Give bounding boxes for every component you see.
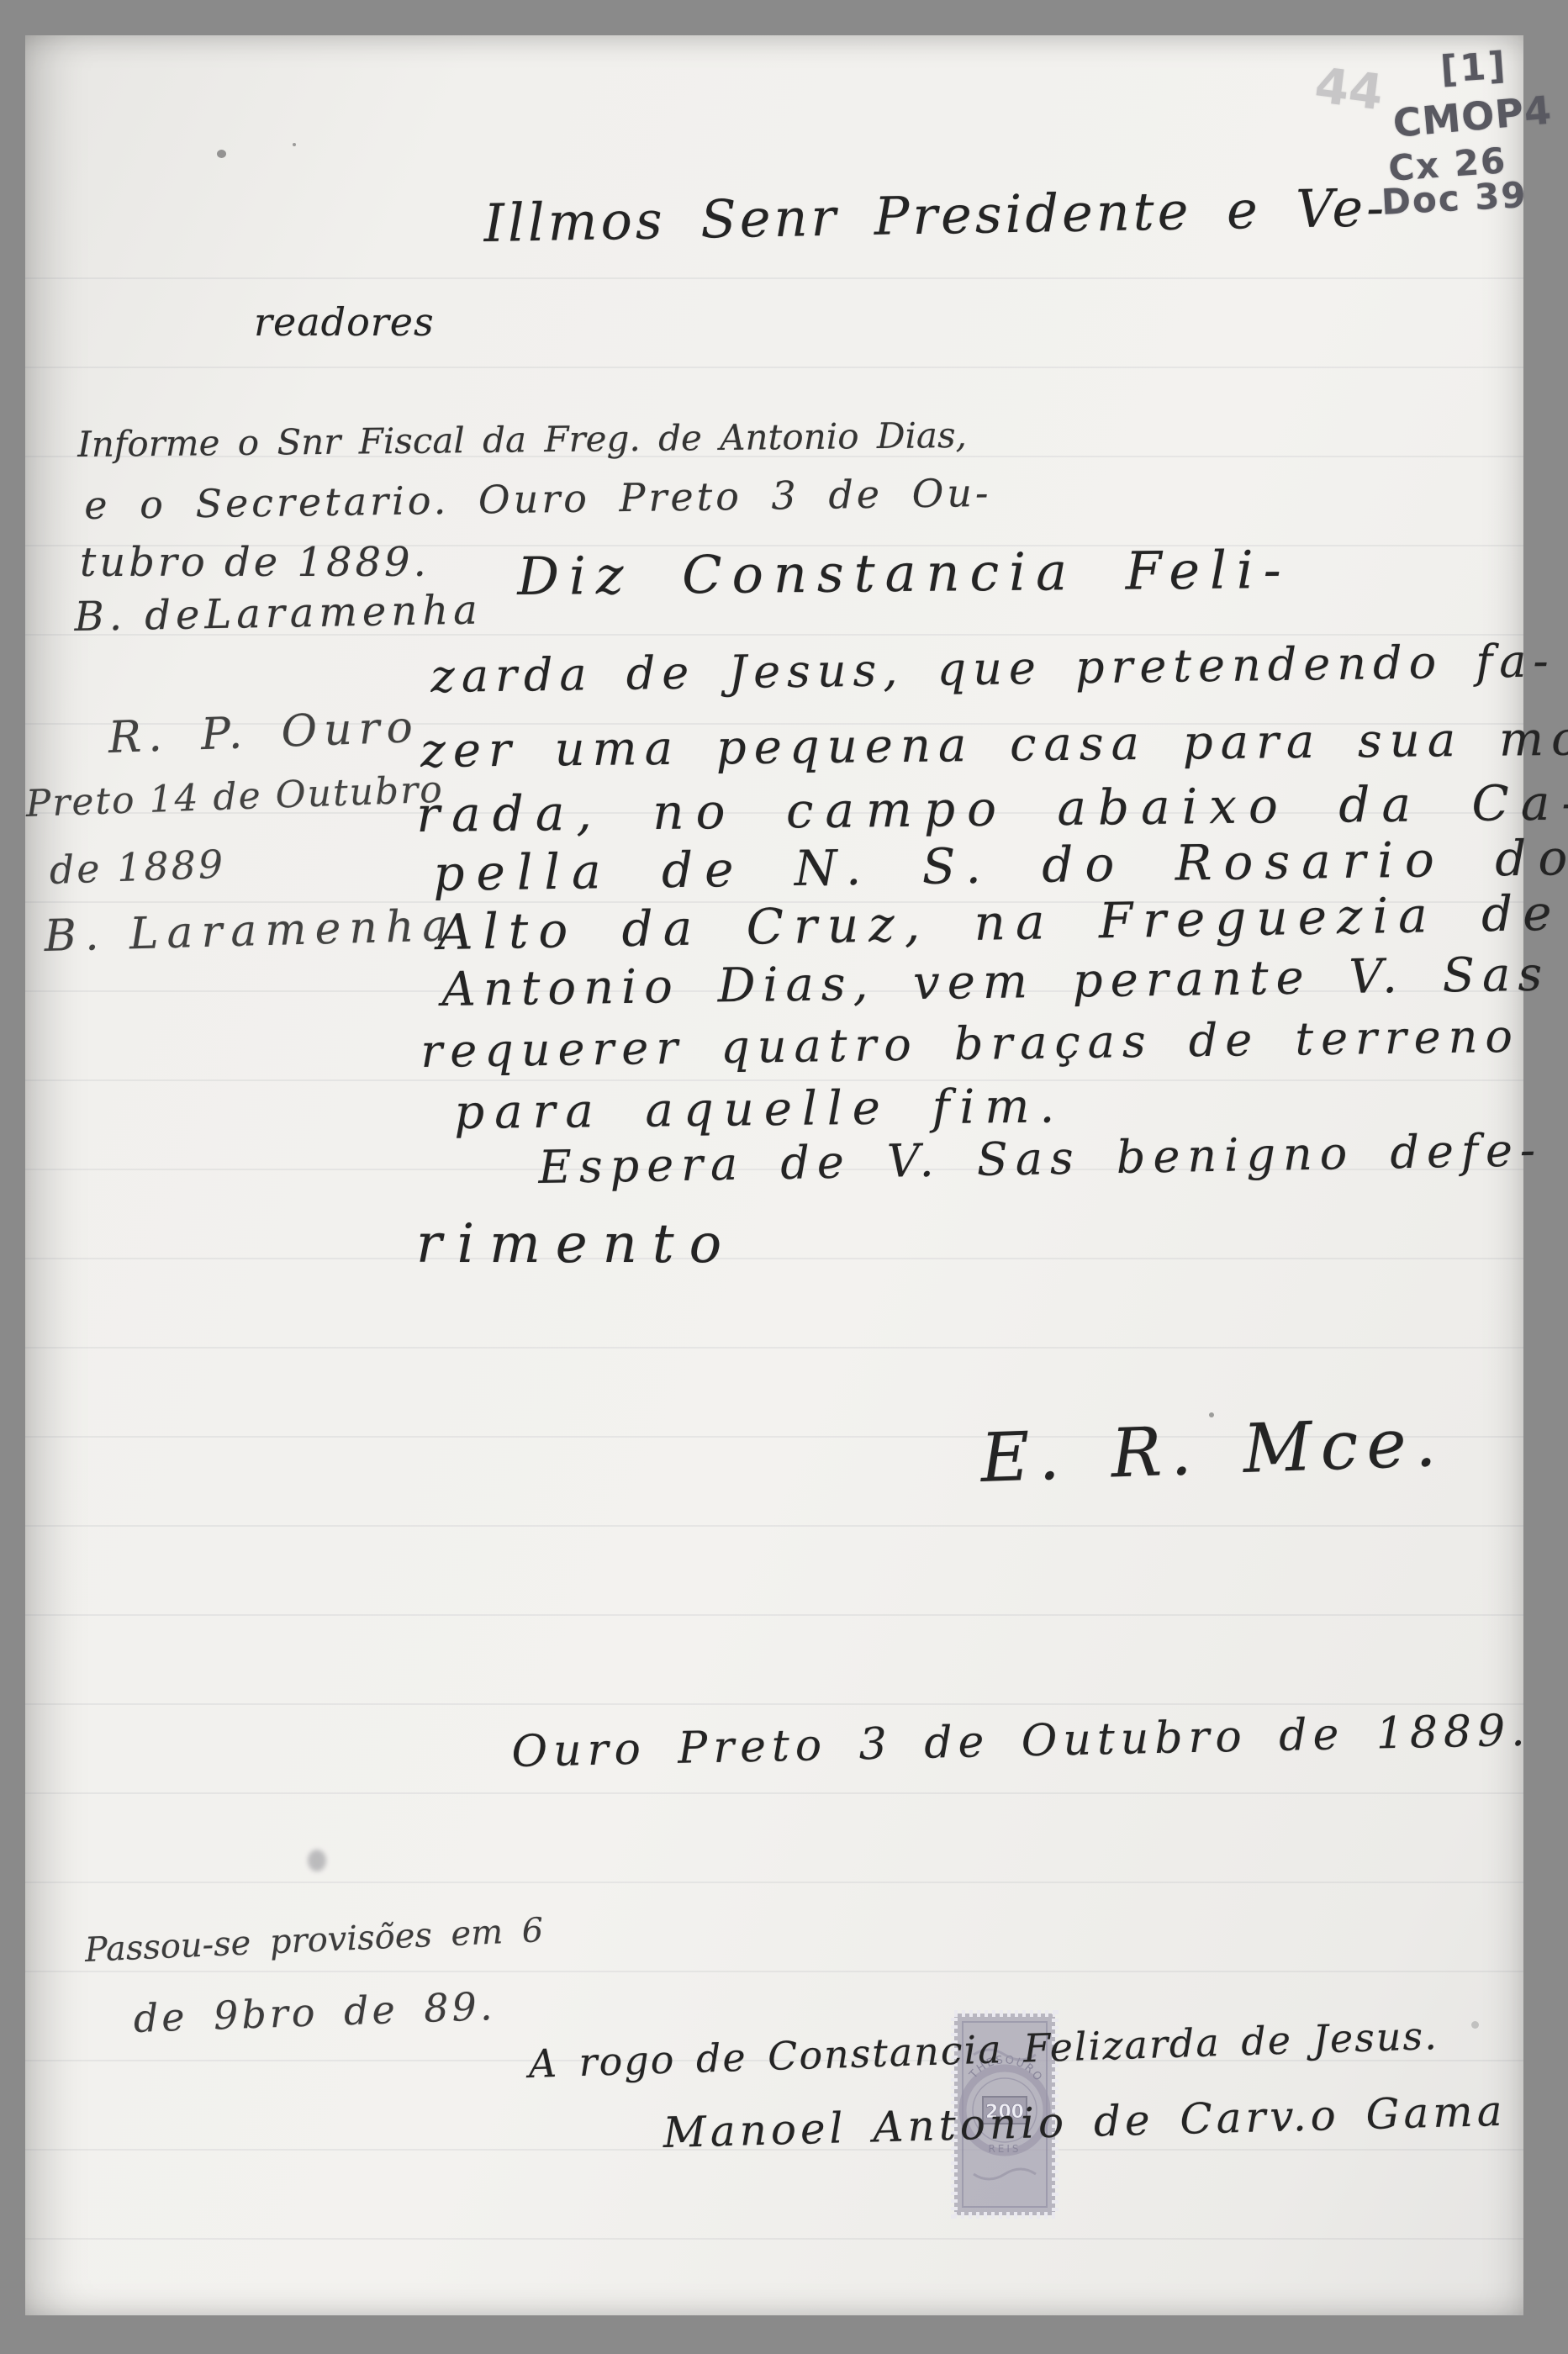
- paper-speck: [217, 150, 226, 158]
- scanned-document: 44 [1] CMOP4 Cx 26 Doc 39 Illmos Senr Pr…: [0, 0, 1568, 2354]
- petition-line: Diz Constancia Feli-: [517, 544, 1291, 603]
- despatch-line-2: e o Secretario. Ouro Preto 3 de Ou-: [84, 473, 992, 525]
- despatch-signature: B. deLaramenha: [74, 590, 483, 637]
- heading-line-1: Illmos Senr Presidente e Ve-: [483, 182, 1388, 250]
- petition-line: zer uma pequena casa para sua mo-: [420, 715, 1568, 775]
- paper-speck: [293, 143, 296, 146]
- margin-note-signature: B. Laramenha: [44, 904, 457, 958]
- petition-line: rimento: [416, 1217, 736, 1271]
- paper-speck: [1209, 1412, 1214, 1417]
- margin-note-line-3: de 1889: [49, 845, 226, 889]
- petition-line: rada, no campo abaixo da Ca-: [416, 778, 1568, 839]
- pencil-faint-number: 44: [1312, 61, 1386, 117]
- heading-line-2: readores: [254, 303, 435, 341]
- margin-note-line-1: R. P. Ouro: [108, 705, 420, 760]
- closing-signature: E. R. Mce.: [979, 1409, 1445, 1492]
- despatch-line-1: Informe o Snr Fiscal da Freg. de Antonio…: [77, 418, 967, 462]
- petition-line: para aquelle fim.: [454, 1083, 1064, 1137]
- paper-speck: [1471, 2021, 1479, 2029]
- registry-note-line-2: de 9bro de 89.: [133, 1987, 496, 2038]
- pencil-corner-mark: [1]: [1439, 47, 1509, 88]
- pencil-doc-code: Doc 39: [1381, 177, 1528, 220]
- despatch-line-3: tubro de 1889.: [80, 542, 430, 583]
- paper-smudge: [308, 1850, 326, 1871]
- pencil-fund-code: CMOP4: [1391, 90, 1554, 142]
